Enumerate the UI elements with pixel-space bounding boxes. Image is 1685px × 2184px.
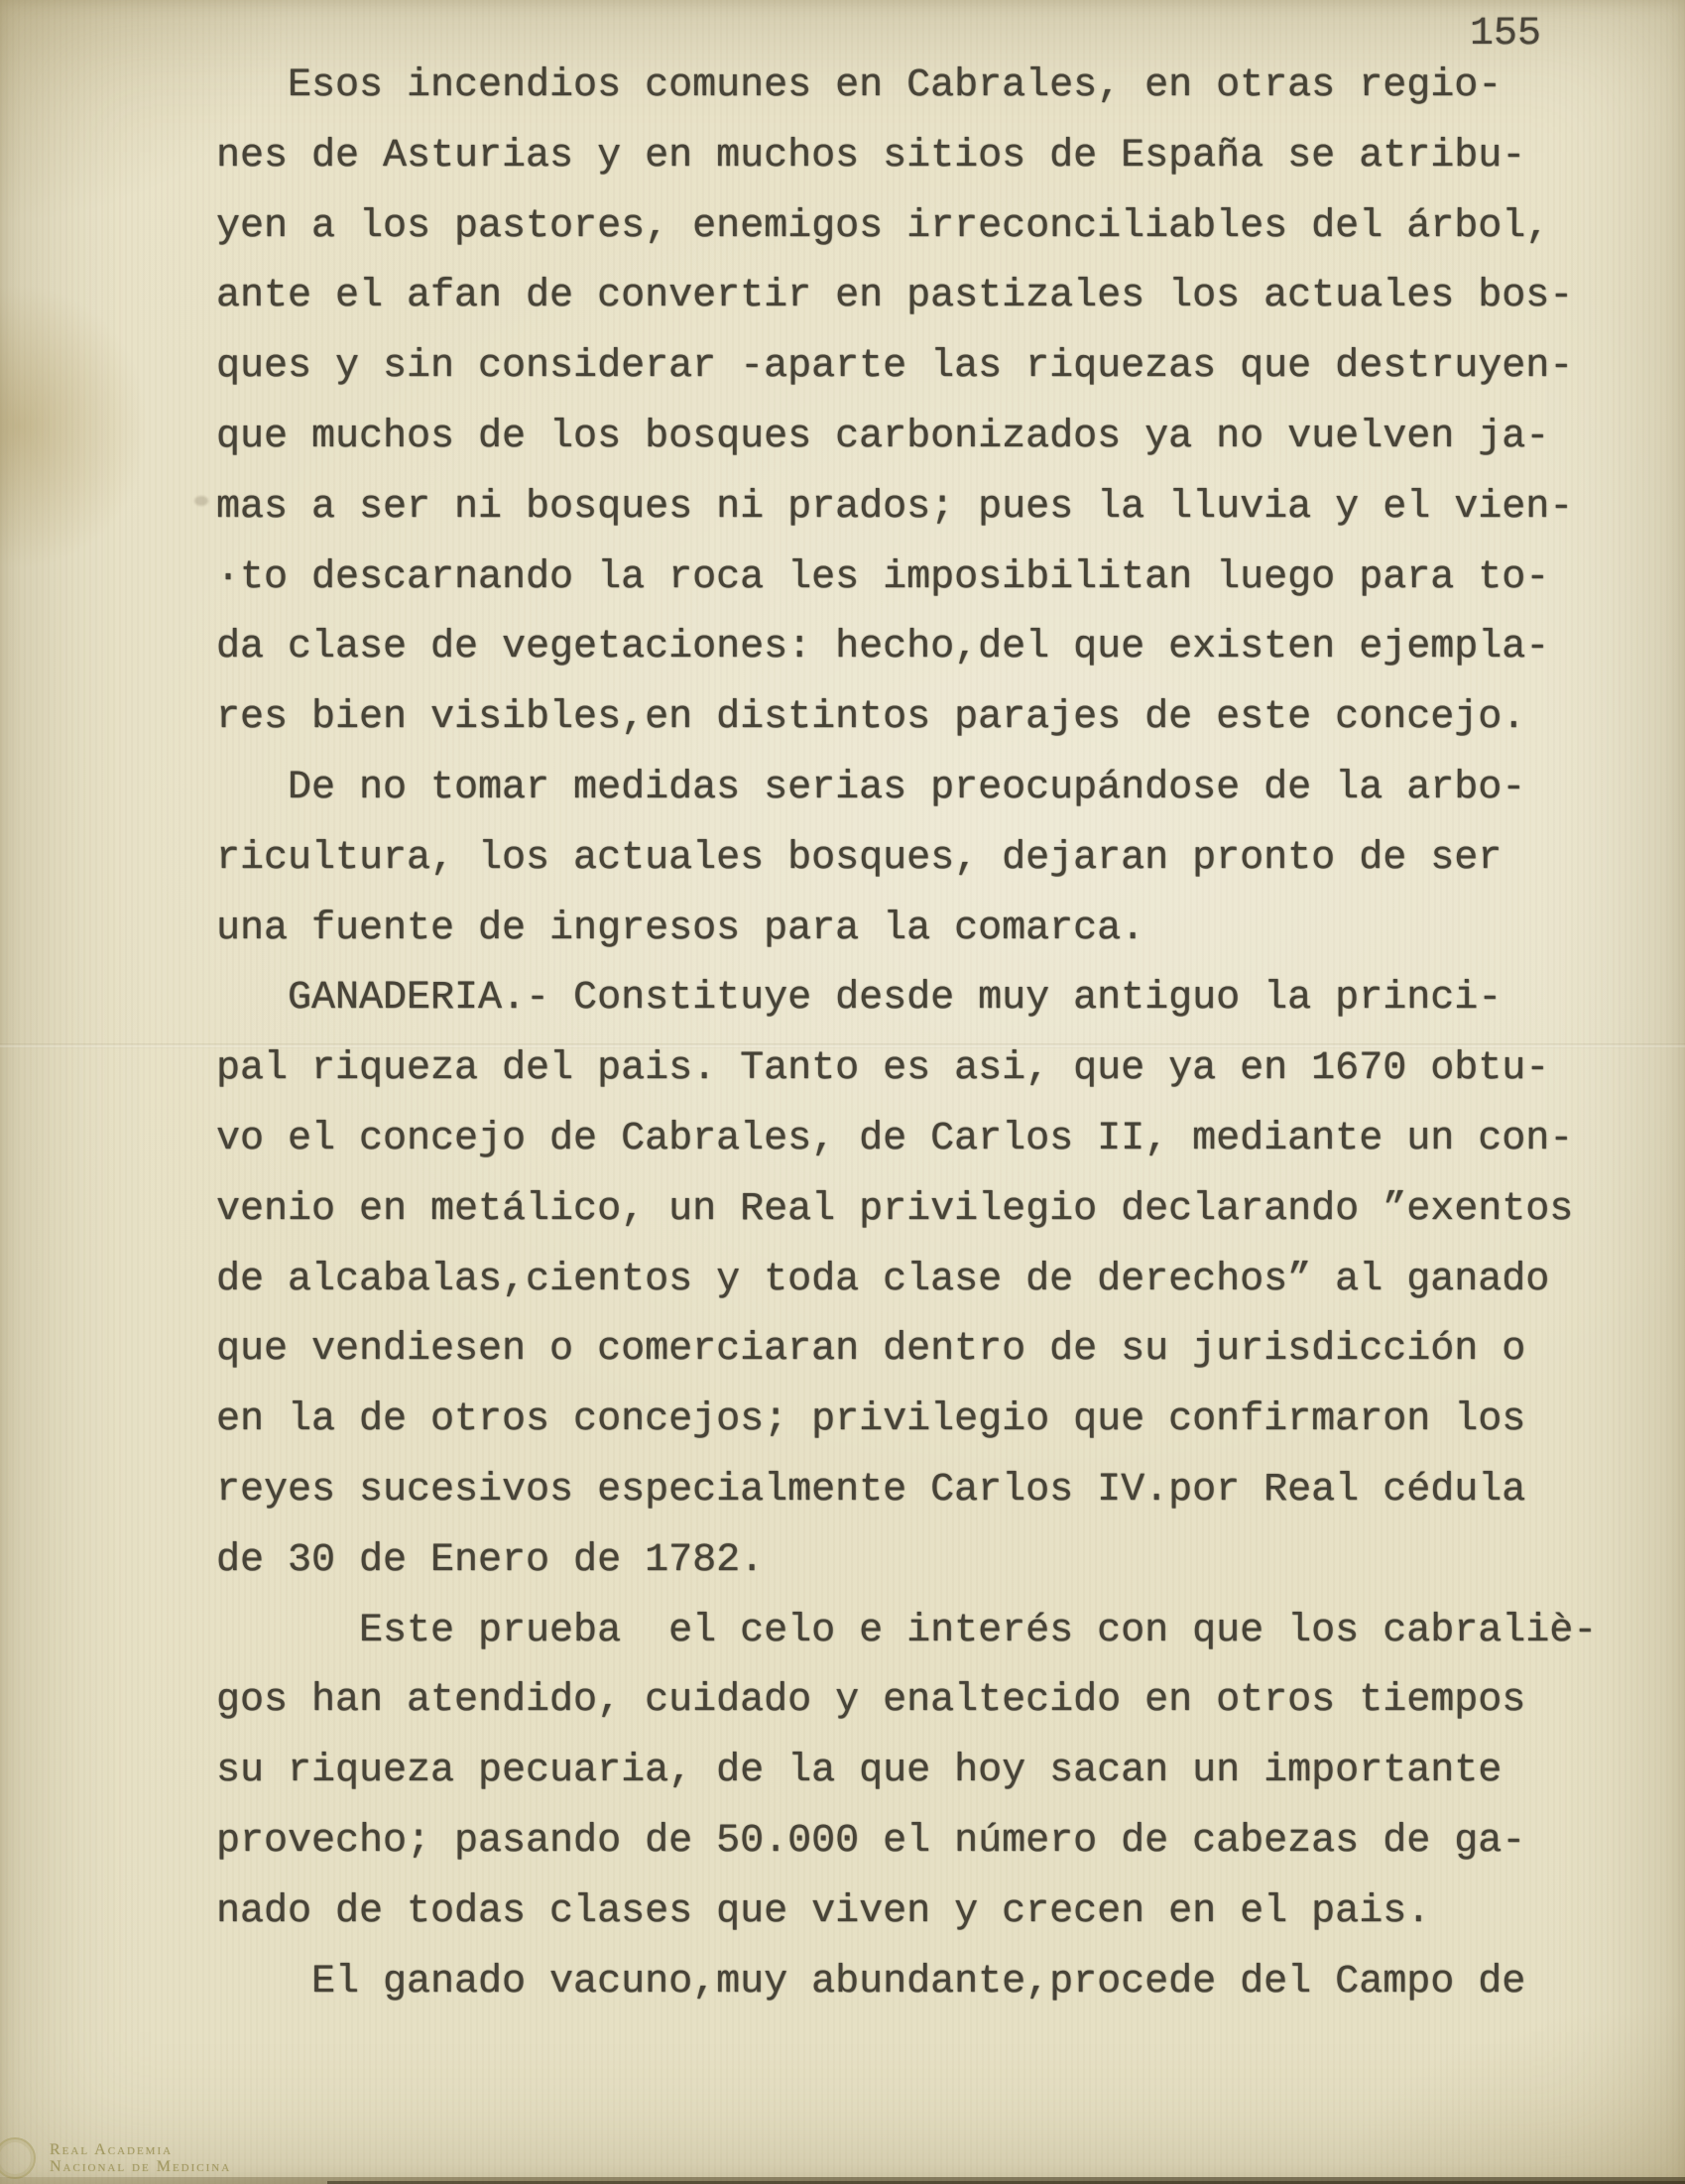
typewritten-line: reyes sucesivos especialmente Carlos IV.… <box>216 1456 1625 1526</box>
typewritten-line: vo el concejo de Cabrales, de Carlos II,… <box>216 1105 1625 1175</box>
watermark-line2: Nacional de Medicina <box>50 2158 231 2175</box>
typewritten-line: ante el afan de convertir en pastizales … <box>216 262 1625 332</box>
watermark-text: Real Academia Nacional de Medicina <box>50 2141 231 2175</box>
typewritten-line: venio en metálico, un Real privilegio de… <box>216 1175 1625 1246</box>
typewritten-line: de 30 de Enero de 1782. <box>216 1526 1625 1597</box>
typewritten-line: res bien visibles,en distintos parajes d… <box>216 683 1625 754</box>
fold-crease <box>0 1043 1685 1048</box>
typewritten-line: Esos incendios comunes en Cabrales, en o… <box>216 52 1625 122</box>
watermark-line1: Real Academia <box>50 2141 231 2158</box>
typewritten-line: que muchos de los bosques carbonizados y… <box>216 403 1625 473</box>
typewritten-line: de alcabalas,cientos y toda clase de der… <box>216 1246 1625 1316</box>
typewritten-line: ·to descarnando la roca les imposibilita… <box>216 544 1625 614</box>
scanned-page: 155 Esos incendios comunes en Cabrales, … <box>0 0 1685 2184</box>
typewritten-line: yen a los pastores, enemigos irreconcili… <box>216 192 1625 263</box>
typewritten-line: en la de otros concejos; privilegio que … <box>216 1386 1625 1456</box>
page-number: 155 <box>1470 12 1541 57</box>
academy-seal-icon <box>0 2137 36 2179</box>
ink-smudge <box>194 496 208 506</box>
typewritten-line: nado de todas clases que viven y crecen … <box>216 1878 1625 1948</box>
typewritten-line: mas a ser ni bosques ni prados; pues la … <box>216 473 1625 544</box>
typewritten-line: su riqueza pecuaria, de la que hoy sacan… <box>216 1737 1625 1807</box>
typewritten-line: da clase de vegetaciones: hecho,del que … <box>216 613 1625 683</box>
typewritten-line: Este prueba el celo e interés con que lo… <box>216 1597 1625 1667</box>
typewritten-line: que vendiesen o comerciaran dentro de su… <box>216 1315 1625 1386</box>
typewritten-line: El ganado vacuno,muy abundante,procede d… <box>216 1948 1625 2018</box>
typewritten-line: gos han atendido, cuidado y enaltecido e… <box>216 1666 1625 1737</box>
typewritten-line: ricultura, los actuales bosques, dejaran… <box>216 824 1625 895</box>
library-watermark: Real Academia Nacional de Medicina <box>0 2137 231 2179</box>
typewritten-line: provecho; pasando de 50.000 el número de… <box>216 1807 1625 1878</box>
typewritten-line: una fuente de ingresos para la comarca. <box>216 895 1625 965</box>
typewritten-line: ques y sin considerar -aparte las riquez… <box>216 332 1625 403</box>
typewritten-text-block: Esos incendios comunes en Cabrales, en o… <box>216 52 1625 2017</box>
typewritten-line: nes de Asturias y en muchos sitios de Es… <box>216 122 1625 192</box>
typewritten-line: De no tomar medidas serias preocupándose… <box>216 754 1625 824</box>
typewritten-line: GANADERIA.- Constituye desde muy antiguo… <box>216 964 1625 1034</box>
